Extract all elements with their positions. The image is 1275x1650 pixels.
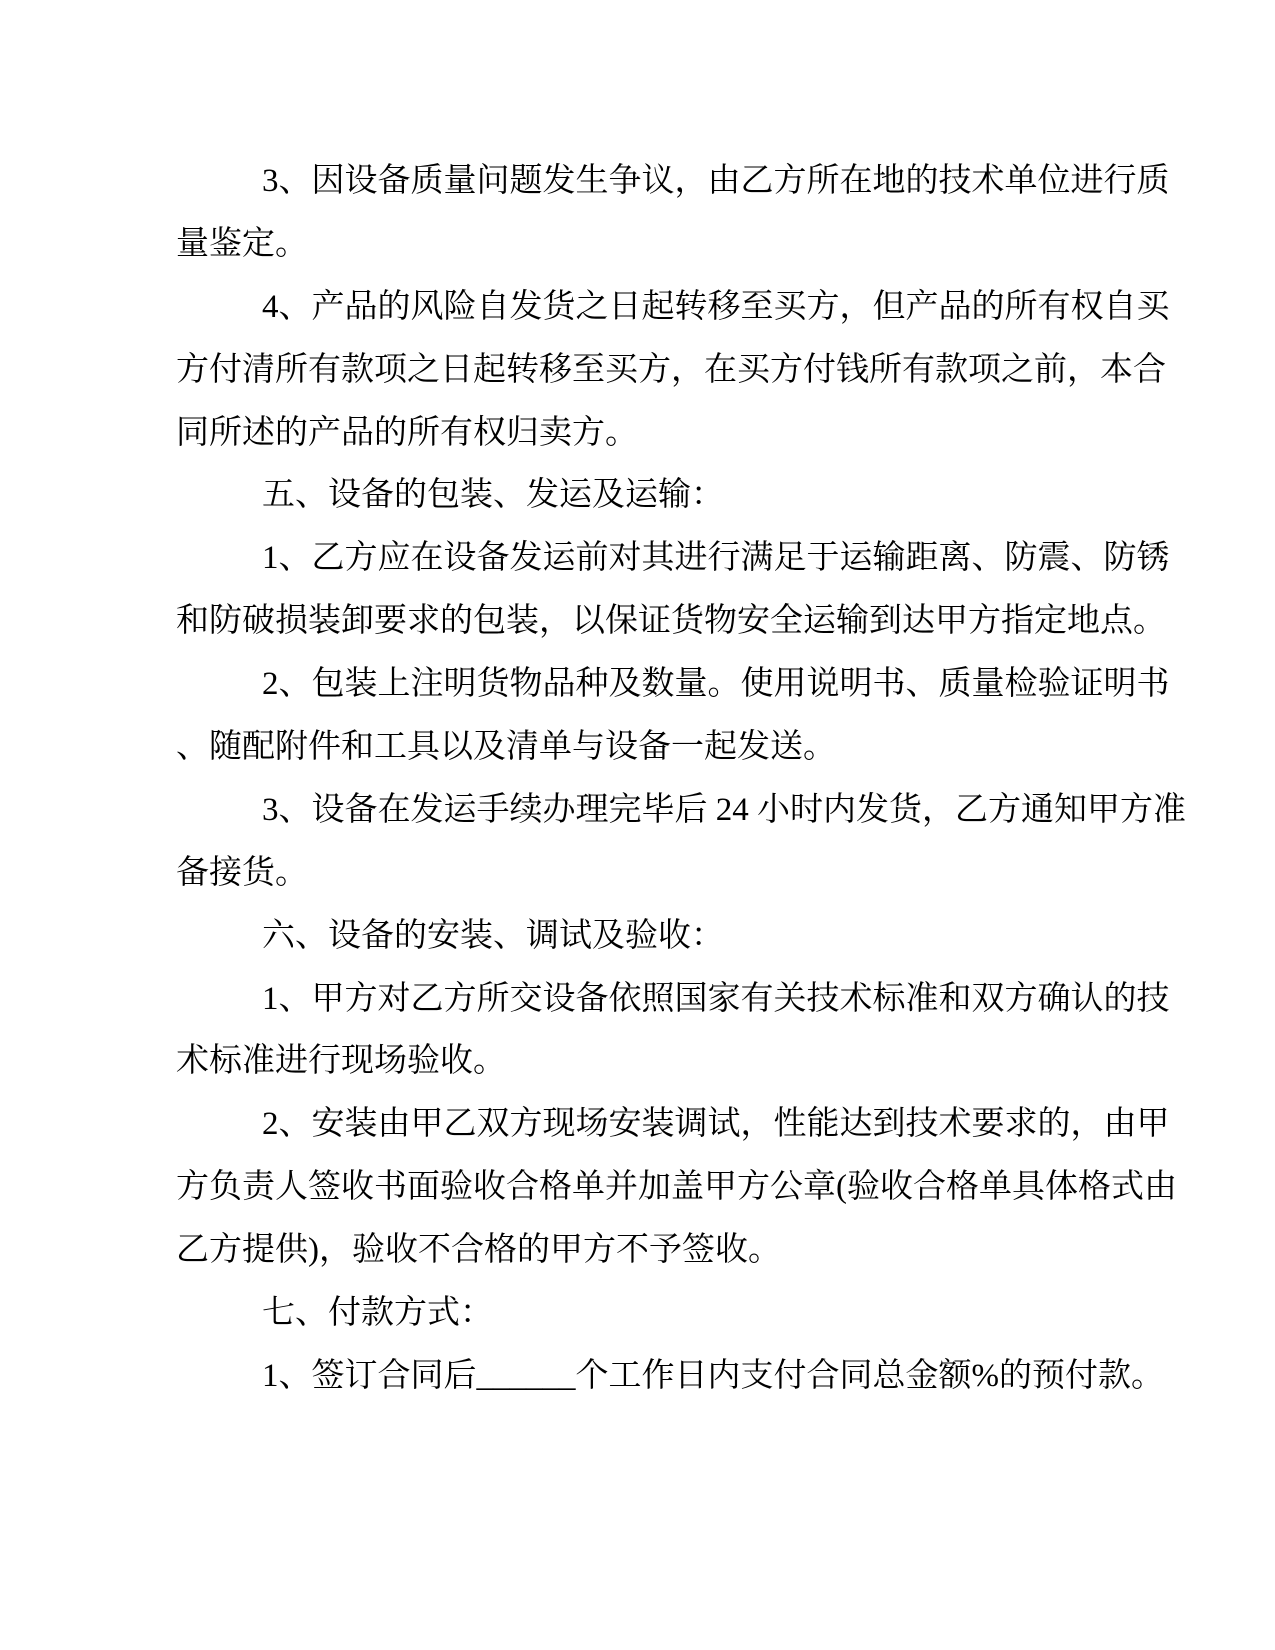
document-body: 3、因设备质量问题发生争议，由乙方所在地的技术单位进行质量鉴定。4、产品的风险自…: [176, 150, 1091, 1408]
text-line: 六、设备的安装、调试及验收：: [176, 905, 1091, 968]
text-line: 2、包装上注明货物品种及数量。使用说明书、质量检验证明书: [176, 653, 1091, 716]
text-line: 1、签订合同后______个工作日内支付合同总金额%的预付款。: [176, 1345, 1091, 1408]
text-line: 1、乙方应在设备发运前对其进行满足于运输距离、防震、防锈: [176, 527, 1091, 590]
document-page: 3、因设备质量问题发生争议，由乙方所在地的技术单位进行质量鉴定。4、产品的风险自…: [0, 0, 1275, 1650]
text-line: 和防破损装卸要求的包装，以保证货物安全运输到达甲方指定地点。: [176, 590, 1091, 653]
text-line: 方负责人签收书面验收合格单并加盖甲方公章(验收合格单具体格式由: [176, 1156, 1091, 1219]
text-line: 方付清所有款项之日起转移至买方，在买方付钱所有款项之前，本合: [176, 339, 1091, 402]
text-line: 备接货。: [176, 842, 1091, 905]
text-line: 2、安装由甲乙双方现场安装调试，性能达到技术要求的，由甲: [176, 1093, 1091, 1156]
text-line: 乙方提供)，验收不合格的甲方不予签收。: [176, 1219, 1091, 1282]
text-line: 七、付款方式：: [176, 1282, 1091, 1345]
text-line: 五、设备的包装、发运及运输：: [176, 464, 1091, 527]
text-line: 术标准进行现场验收。: [176, 1030, 1091, 1093]
text-line: 4、产品的风险自发货之日起转移至买方，但产品的所有权自买: [176, 276, 1091, 339]
text-line: 3、设备在发运手续办理完毕后 24 小时内发货，乙方通知甲方准: [176, 779, 1091, 842]
text-line: 、随配附件和工具以及清单与设备一起发送。: [176, 716, 1091, 779]
text-line: 3、因设备质量问题发生争议，由乙方所在地的技术单位进行质: [176, 150, 1091, 213]
text-line: 1、甲方对乙方所交设备依照国家有关技术标准和双方确认的技: [176, 968, 1091, 1031]
text-line: 同所述的产品的所有权归卖方。: [176, 402, 1091, 465]
text-line: 量鉴定。: [176, 213, 1091, 276]
